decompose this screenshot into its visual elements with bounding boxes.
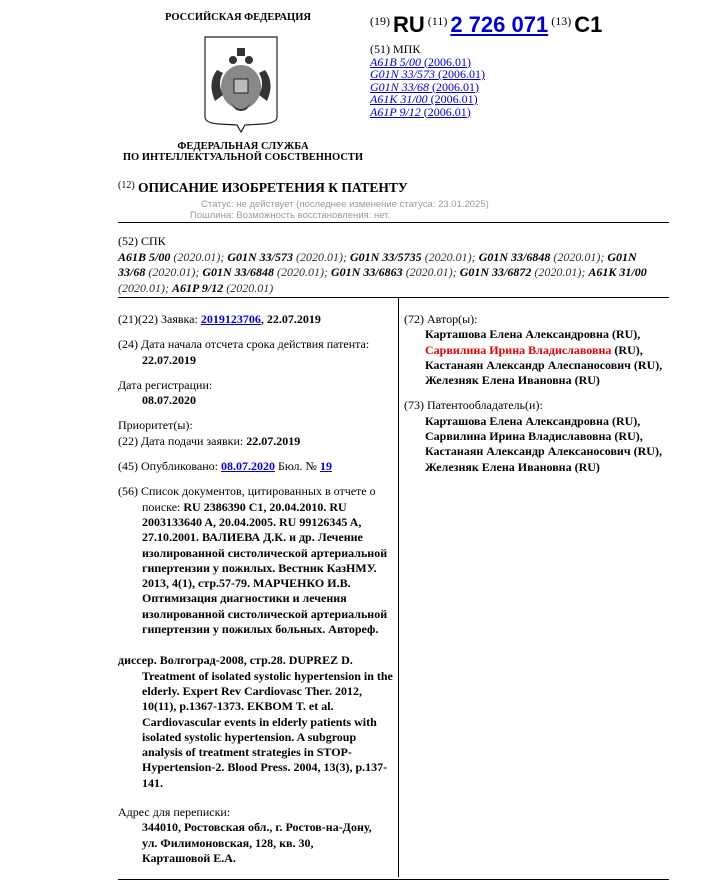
registration-label: Дата регистрации: — [118, 378, 212, 392]
person-name: Карташова Елена Александровна (RU), — [425, 327, 674, 342]
address-line: 344010, Ростовская обл., г. Ростов-на-До… — [118, 820, 372, 834]
patent-number-line: (19) RU (11) 2 726 071 (13) C1 — [370, 12, 602, 38]
authors-list: Карташова Елена Александровна (RU),Сарви… — [404, 327, 674, 388]
fee-line: Пошлина: Возможность восстановления: нет… — [190, 210, 489, 221]
person-name: Кастанаян Александр Алексаносович (RU), — [425, 444, 674, 459]
country-name: РОССИЙСКАЯ ФЕДЕРАЦИЯ — [118, 12, 358, 23]
spk-version: (2020.01); — [531, 265, 588, 279]
spk-code: G01N 33/573 — [227, 250, 293, 264]
filing-date: 22.07.2019 — [246, 434, 300, 448]
term-start: (24) Дата начала отсчета срока действия … — [118, 337, 394, 368]
application-label: (21)(22) Заявка: — [118, 312, 201, 326]
priority-label: Приоритет(ы): — [118, 418, 193, 432]
person-name: Сарвилина Ирина Владиславовна (RU), — [425, 343, 674, 358]
application-number-link[interactable]: 2019123706 — [201, 312, 261, 326]
registration: Дата регистрации: 08.07.2020 — [118, 378, 394, 409]
bulletin-number-link[interactable]: 19 — [320, 459, 332, 473]
title-text: ОПИСАНИЕ ИЗОБРЕТЕНИЯ К ПАТЕНТУ — [138, 180, 408, 195]
patent-number-link[interactable]: 2 726 071 — [450, 12, 548, 37]
spk-code: G01N 33/6848 — [202, 265, 274, 279]
divider — [118, 879, 669, 880]
spk-code: G01N 33/5735 — [350, 250, 422, 264]
code-11: (11) — [428, 14, 448, 28]
application-info: (21)(22) Заявка: 2019123706, 22.07.2019 — [118, 312, 394, 327]
spk-version: (2020.01); — [550, 250, 607, 264]
divider — [118, 222, 669, 223]
application-date: , 22.07.2019 — [261, 312, 321, 326]
spk-code: G01N 33/6848 — [479, 250, 551, 264]
spk-version: (2020.01); — [274, 265, 331, 279]
kind-code: C1 — [574, 12, 602, 37]
agency-line-2: ПО ИНТЕЛЛЕКТУАЛЬНОЙ СОБСТВЕННОСТИ — [118, 152, 368, 163]
spk-codes: A61B 5/00 (2020.01); G01N 33/573 (2020.0… — [118, 250, 666, 297]
spk-code: A61P 9/12 — [172, 281, 223, 295]
citations: (56) Список документов, цитированных в о… — [118, 484, 394, 637]
spk-version: (2020.01); — [422, 250, 479, 264]
country-code: RU — [393, 12, 425, 37]
address-label: Адрес для переписки: — [118, 805, 230, 819]
status-line: Статус: не действует (последнее изменени… — [190, 199, 489, 210]
spk-classification: (52) СПК A61B 5/00 (2020.01); G01N 33/57… — [118, 234, 666, 296]
spk-version: (2020.01); — [145, 265, 202, 279]
mpk-classification: (51) МПК A61B 5/00 (2006.01) G01N 33/573… — [370, 43, 485, 118]
spk-code: A61K 31/00 — [588, 265, 646, 279]
left-column: (21)(22) Заявка: 2019123706, 22.07.2019 … — [118, 312, 394, 876]
spk-code: G01N 33/6863 — [331, 265, 403, 279]
spk-version: (2020.01) — [223, 281, 273, 295]
spk-version: (2020.01); — [293, 250, 350, 264]
holders-label: (73) Патентообладатель(и): — [404, 398, 543, 412]
correspondence-address: Адрес для переписки: 344010, Ростовская … — [118, 805, 394, 866]
person-name: Карташова Елена Александровна (RU), — [425, 414, 674, 429]
spk-code: A61B 5/00 — [118, 250, 170, 264]
filing-label: (22) Дата подачи заявки: — [118, 434, 246, 448]
term-start-label: (24) Дата начала отсчета срока действия … — [118, 337, 369, 351]
citations-continued: диссер. Волгоград-2008, стр.28. DUPREZ D… — [118, 653, 394, 791]
person-name: Сарвилина Ирина Владиславовна (RU), — [425, 429, 674, 444]
column-divider — [398, 297, 399, 877]
agency-line-1: ФЕДЕРАЛЬНАЯ СЛУЖБА — [118, 141, 368, 152]
person-name: Кастанаян Александр Алеспаносович (RU), — [425, 358, 674, 373]
person-name: Железняк Елена Ивановна (RU) — [425, 460, 674, 475]
published-date-link[interactable]: 08.07.2020 — [221, 459, 275, 473]
citations-text: RU 2386390 C1, 20.04.2010. RU 2003133640… — [142, 500, 387, 636]
status-info: Статус: не действует (последнее изменени… — [190, 199, 489, 221]
citations-text-continued: диссер. Волгоград-2008, стр.28. DUPREZ D… — [118, 653, 393, 789]
publication: (45) Опубликовано: 08.07.2020 Бюл. № 19 — [118, 459, 394, 474]
title-code: (12) — [118, 180, 135, 191]
divider — [118, 297, 669, 298]
published-label: (45) Опубликовано: — [118, 459, 221, 473]
spk-code: G01N 33/6872 — [460, 265, 532, 279]
authors: (72) Автор(ы): Карташова Елена Александр… — [404, 312, 674, 388]
bulletin-label: Бюл. № — [275, 459, 320, 473]
address-line: ул. Филимоновская, 128, кв. 30, — [118, 836, 314, 850]
priority: Приоритет(ы): (22) Дата подачи заявки: 2… — [118, 418, 394, 449]
term-start-date: 22.07.2019 — [118, 353, 196, 367]
mpk-link[interactable]: A61P 9/12 (2006.01) — [370, 106, 485, 119]
document-title: (12) ОПИСАНИЕ ИЗОБРЕТЕНИЯ К ПАТЕНТУ — [118, 180, 408, 196]
authors-label: (72) Автор(ы): — [404, 312, 478, 326]
patent-holders: (73) Патентообладатель(и): Карташова Еле… — [404, 398, 674, 474]
address-line: Карташовой Е.А. — [118, 851, 236, 865]
coat-of-arms-emblem-icon — [203, 35, 279, 133]
person-name: Железняк Елена Ивановна (RU) — [425, 373, 674, 388]
spk-label: (52) СПК — [118, 234, 666, 250]
code-13: (13) — [551, 14, 571, 28]
agency-name: ФЕДЕРАЛЬНАЯ СЛУЖБА ПО ИНТЕЛЛЕКТУАЛЬНОЙ С… — [118, 141, 368, 163]
spk-version: (2020.01); — [118, 281, 172, 295]
spk-version: (2020.01); — [403, 265, 460, 279]
holders-list: Карташова Елена Александровна (RU),Сарви… — [404, 414, 674, 475]
spk-version: (2020.01); — [170, 250, 227, 264]
registration-date: 08.07.2020 — [118, 393, 196, 407]
right-column: (72) Автор(ы): Карташова Елена Александр… — [404, 312, 674, 485]
code-19: (19) — [370, 14, 390, 28]
